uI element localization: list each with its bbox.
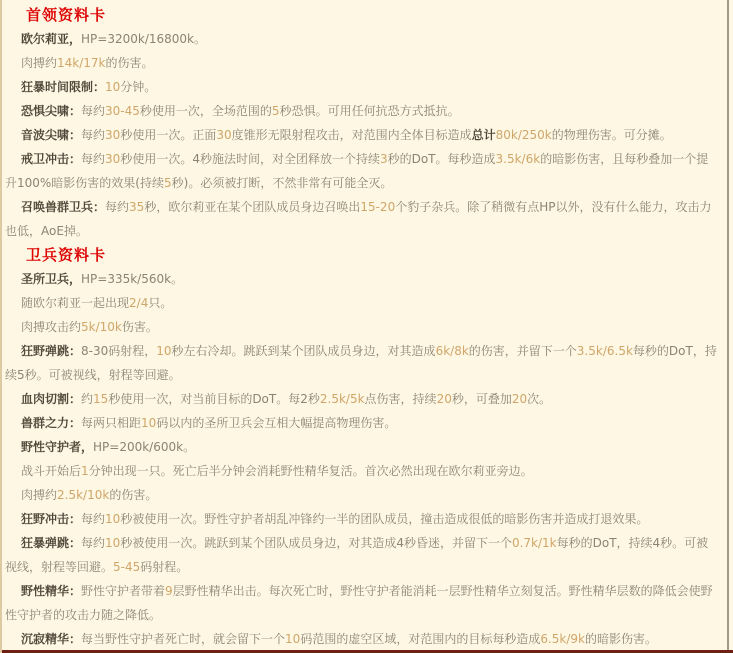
text-segment-num: 15-20 [360,200,395,214]
paragraph: 狂暴时间限制：10分钟。 [5,75,719,99]
paragraph: 恐惧尖啸：每约30-45秒使用一次，全场范围的5秒恐惧。可用任何抗恐方式抵抗。 [5,99,719,123]
text-segment-num: 10 [105,512,120,526]
text-segment-label: 欧尔莉亚， [21,32,81,46]
text-segment-body: 度锥形无限射程攻击，对范围内全体目标造成 [232,128,472,142]
text-segment-num: 5 [272,104,280,118]
text-segment-num: 9 [165,584,173,598]
text-segment-body: 秒恐惧。可用任何抗恐方式抵抗。 [280,104,460,118]
text-segment-label: 音波尖啸： [21,128,81,142]
paragraph: 肉搏约14k/17k的伤害。 [5,51,719,75]
text-segment-body: 只。 [148,296,172,310]
text-segment-num: 0.7k/1k [512,536,557,550]
text-segment-body: 每约 [81,104,105,118]
paragraph: 血肉切割：约15秒使用一次，对当前目标的DoT。每2秒2.5k/5k点伤害，持续… [5,387,719,411]
text-segment-body: 的伤害。 [106,56,154,70]
text-segment-num: 2.5k/10k [57,488,109,502]
text-segment-body: 伤害。 [122,320,158,334]
text-segment-num: 3.5k/6.5k [577,344,633,358]
paragraph: 圣所卫兵，HP=335k/560k。 [5,267,719,291]
text-segment-label: 沉寂精华： [21,632,81,646]
text-segment-body: 肉搏约 [21,56,57,70]
text-segment-num: 35 [129,200,144,214]
text-segment-body: 每两只相距 [81,416,141,430]
text-segment-label: 兽群之力： [21,416,81,430]
right-border-divider [727,0,729,653]
text-segment-body: 秒使用一次，对当前目标的DoT。每2秒 [108,392,320,406]
text-segment-num: 14k/17k [57,56,105,70]
text-segment-body: HP=335k/560k。 [81,272,183,286]
text-segment-body: 秒使用一次。正面 [120,128,216,142]
text-segment-body: 秒被使用一次。野性守护者胡乱冲锋约一半的团队成员，撞击造成很低的暗影伤害并造成打… [120,512,648,526]
text-segment-body: 秒)。必须被打断，不然非常有可能全灭。 [172,176,393,190]
text-segment-body: 码以内的圣所卫兵会互相大幅提高物理伤害。 [156,416,396,430]
text-segment-num: 30 [216,128,231,142]
text-segment-body: HP=3200k/16800k。 [81,32,206,46]
text-segment-label: 野性守护者， [21,440,93,454]
text-segment-num: 3 [380,152,388,166]
text-segment-body: 每约 [81,536,105,550]
text-segment-body: 秒的DoT。每秒造成 [388,152,496,166]
text-segment-body: 秒使用一次。4秒施法时间，对全团释放一个持续 [120,152,380,166]
text-segment-label: 狂暴时间限制： [21,80,105,94]
text-segment-body: 次。 [527,392,551,406]
paragraph: 兽群之力：每两只相距10码以内的圣所卫兵会互相大幅提高物理伤害。 [5,411,719,435]
paragraph: 音波尖啸：每约30秒使用一次。正面30度锥形无限射程攻击，对范围内全体目标造成总… [5,123,719,147]
text-segment-body: 野性守护者带着 [81,584,165,598]
text-segment-num: 5 [164,176,172,190]
text-segment-label: 戒卫冲击： [21,152,81,166]
text-segment-num: 1 [81,464,89,478]
text-segment-label: 狂野弹跳： [21,344,81,358]
text-segment-body: 每约 [105,200,129,214]
text-segment-body: 秒左右冷却。跳跃到某个团队成员身边，对其造成 [172,344,436,358]
text-segment-num: 10 [105,536,120,550]
text-segment-num: 30 [105,128,120,142]
section-title: 首领资料卡 [5,3,719,27]
section-title: 卫兵资料卡 [5,243,719,267]
text-segment-body: 秒，欧尔莉亚在某个团队成员身边召唤出 [144,200,360,214]
text-segment-body: 每约 [81,128,105,142]
text-segment-body: 的暗影伤害。 [585,632,657,646]
text-segment-body: 码范围的虚空区域，对范围内的目标每秒造成 [300,632,540,646]
text-segment-body: 肉搏约 [21,488,57,502]
paragraph: 战斗开始后1分钟出现一只。死亡后半分钟会消耗野性精华复活。首次必然出现在欧尔莉亚… [5,459,719,483]
text-segment-num: 15 [93,392,108,406]
text-segment-body: 秒使用一次，全场范围的 [140,104,272,118]
text-segment-body: 每约 [81,512,105,526]
paragraph: 狂野冲击：每约10秒被使用一次。野性守护者胡乱冲锋约一半的团队成员，撞击造成很低… [5,507,719,531]
text-segment-num: 2/4 [129,296,148,310]
paragraph: 召唤兽群卫兵：每约35秒，欧尔莉亚在某个团队成员身边召唤出15-20个豹子杂兵。… [5,195,719,243]
text-segment-num: 20 [512,392,527,406]
text-segment-label: 总计 [472,128,496,142]
paragraph: 戒卫冲击：每约30秒使用一次。4秒施法时间，对全团释放一个持续3秒的DoT。每秒… [5,147,719,195]
text-segment-num: 3.5k/6k [496,152,541,166]
text-segment-body: 8-30码射程， [81,344,156,358]
text-segment-num: 10 [105,80,120,94]
text-segment-label: 血肉切割： [21,392,81,406]
text-segment-label: 狂暴弹跳： [21,536,81,550]
text-segment-body: 分钟出现一只。死亡后半分钟会消耗野性精华复活。首次必然出现在欧尔莉亚旁边。 [89,464,533,478]
paragraph: 欧尔莉亚，HP=3200k/16800k。 [5,27,719,51]
paragraph: 沉寂精华：每当野性守护者死亡时，就会留下一个10码范围的虚空区域，对范围内的目标… [5,627,719,651]
text-segment-body: 每当野性守护者死亡时，就会留下一个 [81,632,285,646]
text-segment-body: 的伤害，并留下一个 [469,344,577,358]
text-segment-body: 的伤害。 [109,488,157,502]
boss-guide-document: 首领资料卡欧尔莉亚，HP=3200k/16800k。肉搏约14k/17k的伤害。… [0,0,733,653]
text-segment-label: 野性精华： [21,584,81,598]
text-segment-body: HP=200k/600k。 [93,440,195,454]
text-segment-num: 5k/10k [81,320,122,334]
text-segment-num: 2.5k/5k [320,392,365,406]
text-segment-num: 20 [437,392,452,406]
text-segment-num: 30 [105,152,120,166]
paragraph: 随欧尔莉亚一起出现2/4只。 [5,291,719,315]
text-segment-body: 的物理伤害。可分摊。 [552,128,672,142]
text-segment-num: 30-45 [105,104,140,118]
text-segment-label: 恐惧尖啸： [21,104,81,118]
text-segment-body: 秒被使用一次。跳跃到某个团队成员身边，对其造成4秒昏迷，并留下一个 [120,536,512,550]
text-segment-num: 10 [156,344,171,358]
paragraph: 肉搏约2.5k/10k的伤害。 [5,483,719,507]
text-segment-body: 肉搏攻击约 [21,320,81,334]
text-segment-num: 10 [141,416,156,430]
paragraph: 野性守护者，HP=200k/600k。 [5,435,719,459]
paragraph: 狂野弹跳：8-30码射程，10秒左右冷却。跳跃到某个团队成员身边，对其造成6k/… [5,339,719,387]
guide-content: 首领资料卡欧尔莉亚，HP=3200k/16800k。肉搏约14k/17k的伤害。… [5,3,719,651]
text-segment-num: 80k/250k [496,128,552,142]
text-segment-body: 战斗开始后 [21,464,81,478]
text-segment-body: 码射程。 [140,560,188,574]
text-segment-body: 约 [81,392,93,406]
text-segment-body: 分钟。 [120,80,156,94]
text-segment-label: 狂野冲击： [21,512,81,526]
text-segment-num: 10 [285,632,300,646]
text-segment-label: 圣所卫兵， [21,272,81,286]
text-segment-num: 6.5k/9k [540,632,585,646]
text-segment-num: 6k/8k [436,344,469,358]
paragraph: 野性精华：野性守护者带着9层野性精华出击。每次死亡时，野性守护者能消耗一层野性精… [5,579,719,627]
text-segment-body: 随欧尔莉亚一起出现 [21,296,129,310]
text-segment-label: 召唤兽群卫兵： [21,200,105,214]
text-segment-num: 5-45 [113,560,140,574]
paragraph: 狂暴弹跳：每约10秒被使用一次。跳跃到某个团队成员身边，对其造成4秒昏迷，并留下… [5,531,719,579]
text-segment-body: 秒，可叠加 [452,392,512,406]
paragraph: 肉搏攻击约5k/10k伤害。 [5,315,719,339]
text-segment-body: 每约 [81,152,105,166]
text-segment-body: 点伤害，持续 [365,392,437,406]
